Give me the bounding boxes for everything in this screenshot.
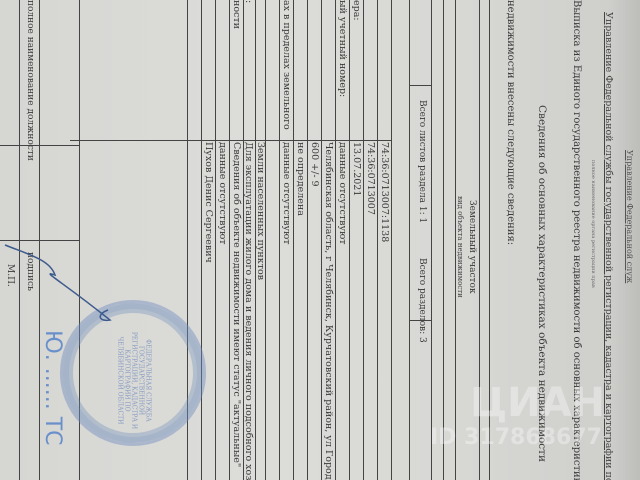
rule	[293, 0, 294, 480]
assignment-date: 13.07.2021	[351, 142, 362, 196]
sheets-count: Всего листов раздела 1: 1	[417, 100, 427, 223]
rule	[321, 0, 322, 480]
rule	[409, 0, 410, 480]
row-label: ности	[231, 0, 242, 29]
rule	[443, 0, 444, 480]
rule	[431, 0, 432, 480]
rule	[410, 85, 432, 86]
rule	[349, 0, 350, 480]
rule	[279, 0, 280, 480]
address: Челябинская область, г Челябинск, Курчат…	[323, 142, 334, 480]
rule	[215, 0, 216, 480]
row-label: ый учетный номер:	[337, 0, 348, 97]
watermark-id: ID 317868677	[430, 425, 602, 450]
position-label: полное наименование должности	[25, 0, 35, 161]
previous-number: данные отсутствуют	[337, 142, 348, 245]
area: 600 +/- 9	[309, 142, 320, 187]
watermark-brand: ЦИАН	[470, 380, 605, 426]
cadastral-number: 74:36:0713007:1138	[379, 142, 390, 242]
row-label: ах в пределах земельного	[281, 0, 292, 130]
land-category: Земли населенных пунктов	[255, 142, 266, 280]
section-subtitle: недвижимости внесены следующие сведения:	[505, 0, 516, 245]
rule	[391, 0, 392, 480]
object-type: Земельный участок	[467, 200, 477, 294]
row-label: ера:	[351, 0, 362, 21]
document-photo: Управление Федеральной служ Управление Ф…	[0, 0, 640, 480]
authority-line-top: Управление Федеральной служ	[625, 150, 634, 283]
rule	[307, 0, 308, 480]
quarter-number: 74:36:0713007	[365, 142, 376, 215]
signature-stroke-icon	[0, 240, 130, 330]
sections-count: Всего разделов: 3	[417, 258, 427, 343]
recipient-name: Пухов Денис Сергеевич	[203, 142, 214, 263]
buildings-within: данные отсутствуют	[281, 142, 292, 245]
cadastral-value: не определена	[295, 142, 306, 216]
authority-caption: полное наименование органа регистрации п…	[590, 160, 596, 288]
rule	[229, 0, 230, 480]
record-status: Сведения об объекте недвижимости имеют с…	[231, 142, 242, 480]
seal-text: ФЕДЕРАЛЬНАЯ СЛУЖБА ГОСУДАРСТВЕННОЙ РЕГИС…	[117, 326, 152, 436]
rule	[201, 0, 202, 480]
special-notes: данные отсутствуют	[217, 142, 228, 245]
permitted-use: Для эксплуатации жилого дома и ведения л…	[243, 142, 254, 480]
column-divider	[70, 140, 392, 141]
object-type-caption: вид объекта недвижимости	[456, 196, 464, 298]
rule	[0, 145, 80, 146]
rule	[363, 0, 364, 480]
rule	[377, 0, 378, 480]
rule	[335, 0, 336, 480]
row-label: :	[243, 0, 254, 3]
